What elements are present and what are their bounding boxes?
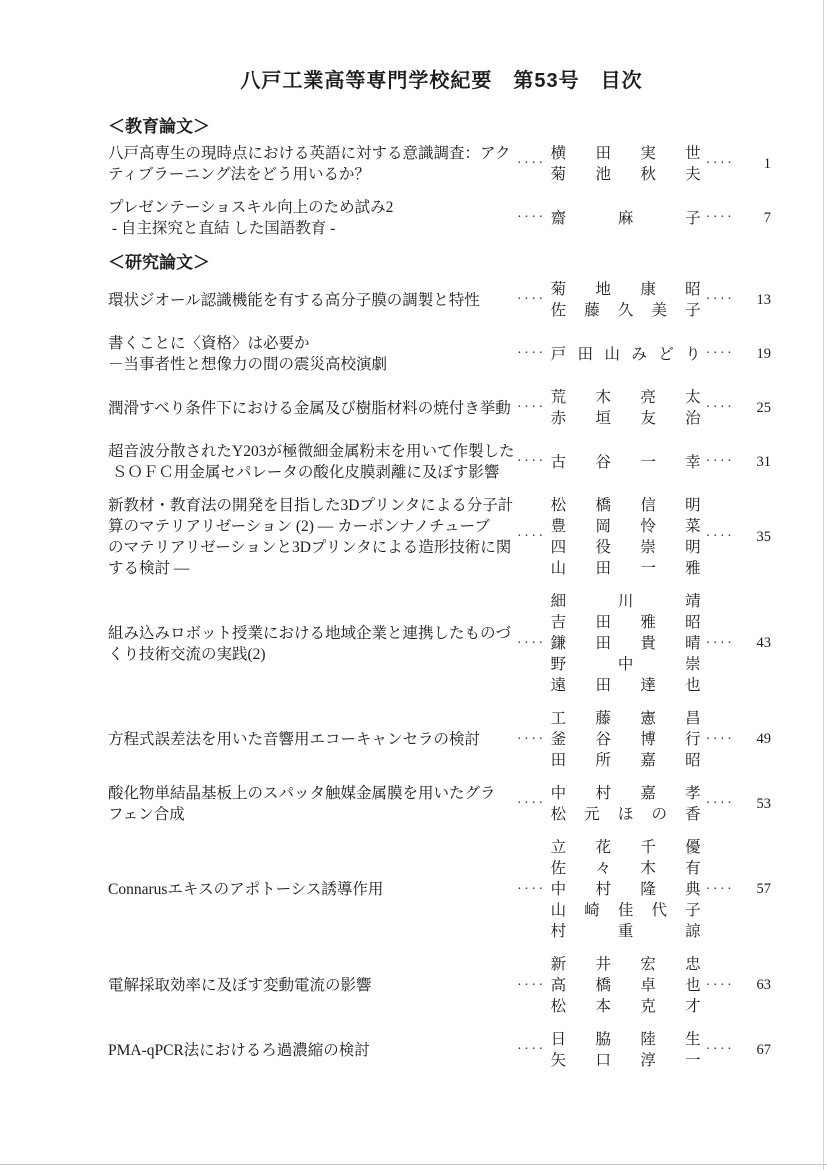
author-name-char: 淳 [640,1050,656,1071]
entry-title-line: 新教材・教育法の開発を目指した3Dプリンタによる分子計 [108,495,517,516]
author-name-char: 細 [551,591,567,612]
author-name-char: 嘉 [640,783,656,804]
author-name: 野中崇 [551,654,701,675]
toc-entry: PMA-qPCR法におけるろ過濃縮の検討 ···· 日脇陸生矢口淳一 ···· … [108,1029,775,1071]
entry-title-line: 八戸高専生の現時点における英語に対する意識調査：アク [108,143,517,164]
entry-title-line: 組み込みロボット授業における地域企業と連携したものづ [108,623,517,644]
author-name-char: 明 [685,537,701,558]
author-name: 松元ほの香 [551,804,701,825]
toc-entry: Connarusエキスのアポトーシス誘導作用 ···· 立花千優佐々木有中村隆典… [108,837,775,942]
author-name-char: 垣 [595,408,611,429]
author-name-char: 橋 [595,975,611,996]
author-name-char: 友 [640,408,656,429]
author-name-char: 中 [551,879,567,900]
author-name-char: 美 [651,300,667,321]
author-name-char: 山 [604,344,620,365]
leader-dots: ···· [706,882,735,898]
author-name-char: 秋 [640,164,656,185]
leader-dots: ···· [706,292,735,308]
author-name-char: 崇 [640,537,656,558]
author-name: 佐藤久美子 [551,300,701,321]
author-name-char: 脇 [595,1029,611,1050]
author-name-char: 谷 [595,452,611,473]
author-name-char: 本 [595,996,611,1017]
author-name-char: 田 [595,558,611,579]
author-name-char: 豊 [551,516,567,537]
author-name-char: 松 [551,804,567,825]
author-block: 古谷一幸 [551,452,701,473]
author-name-char: 晴 [685,633,701,654]
author-name-char: 也 [685,675,701,696]
entry-title: 新教材・教育法の開発を目指した3Dプリンタによる分子計算のマテリアリゼーション … [108,495,517,579]
author-name-char: 井 [595,954,611,975]
entry-reference: ···· 中村嘉孝松元ほの香 ···· 53 [517,783,775,825]
author-name-char: 地 [595,279,611,300]
entry-title: 八戸高専生の現時点における英語に対する意識調査：アクティブラーニング法をどう用い… [108,143,517,185]
toc-entry: プレゼンテーショスキル向上のため試み2 - 自主探究と直結 した国語教育 - ·… [108,197,775,239]
entry-title-line: くり技術交流の実践(2) [108,644,517,665]
page-number: 25 [734,400,775,417]
entry-reference: ···· 新井宏忠高橋卓也松本克才 ···· 63 [517,954,775,1017]
author-name: 釜谷博行 [551,729,701,750]
author-name-char: 役 [595,537,611,558]
author-name-char: 千 [640,837,656,858]
author-block: 工藤憲昌釜谷博行田所嘉昭 [551,708,701,771]
section-entries: 八戸高専生の現時点における英語に対する意識調査：アクティブラーニング法をどう用い… [108,143,777,239]
author-name-char: 昭 [685,612,701,633]
author-name-char: 佐 [551,300,567,321]
author-name-char: 遠 [551,675,567,696]
page-number: 63 [734,977,775,994]
leader-dots: ···· [517,210,546,226]
entry-title-line: ティブラーニング法をどう用いるか？ [108,164,517,185]
author-name-char: 村 [595,783,611,804]
author-name-char: 岡 [595,516,611,537]
author-name-char: み [631,344,647,365]
leader-dots: ···· [706,978,735,994]
author-name-char: 花 [595,837,611,858]
section-heading: ＜研究論文＞ [108,251,777,275]
author-name-char: 才 [685,996,701,1017]
entry-title: Connarusエキスのアポトーシス誘導作用 [108,879,517,900]
author-block: 松橋信明豊岡怜菜四役崇明山田一雅 [551,495,701,579]
author-name-char: 香 [685,804,701,825]
author-name-char: 木 [640,858,656,879]
scan-edge-bottom [0,1164,827,1165]
author-block: 日脇陸生矢口淳一 [551,1029,701,1071]
author-name-char: 田 [595,675,611,696]
section-entries: 環状ジオール認識機能を有する高分子膜の調製と特性 ···· 菊地康昭佐藤久美子 … [108,279,777,1071]
author-name-char: 崎 [584,900,600,921]
author-name: 中村隆典 [551,879,701,900]
author-name-char: 靖 [685,591,701,612]
author-name: 松橋信明 [551,495,701,516]
entry-title-line: 酸化物単結晶基板上のスパッタ触媒金属膜を用いたグラ [108,783,517,804]
toc-section: ＜教育論文＞ 八戸高専生の現時点における英語に対する意識調査：アクティブラーニン… [108,115,777,239]
author-name-char: 重 [618,921,634,942]
author-name-char: 矢 [551,1050,567,1071]
author-name: 齋麻子 [551,208,701,229]
entry-reference: ···· 古谷一幸 ···· 31 [517,452,775,473]
author-name: 山田一雅 [551,558,701,579]
author-name-char: 雅 [640,612,656,633]
author-name-char: 藤 [595,708,611,729]
toc-sections: ＜教育論文＞ 八戸高専生の現時点における英語に対する意識調査：アクティブラーニン… [108,115,777,1071]
entry-reference: ···· 日脇陸生矢口淳一 ···· 67 [517,1029,775,1071]
author-name-char: 田 [595,143,611,164]
author-name: 赤垣友治 [551,408,701,429]
entry-title: 超音波分散されたY203が極微細金属粉末を用いて作製した ＳＯＦＣ用金属セパレー… [108,441,517,483]
author-name-char: 川 [618,591,634,612]
author-block: 立花千優佐々木有中村隆典山崎佳代子村重諒 [551,837,701,942]
author-name-char: 所 [595,750,611,771]
author-name-char: 々 [595,858,611,879]
leader-dots: ···· [517,636,546,652]
author-name-char: 子 [685,208,701,229]
author-block: 横田実世菊池秋夫 [551,143,701,185]
author-name-char: ほ [618,804,634,825]
author-name-char: 夫 [685,164,701,185]
author-name-char: 一 [685,1050,701,1071]
author-name-char: 久 [618,300,634,321]
author-name-char: 卓 [640,975,656,996]
entry-title: PMA-qPCR法におけるろ過濃縮の検討 [108,1040,517,1061]
leader-dots: ···· [706,400,735,416]
leader-dots: ···· [706,346,735,362]
entry-title-line: ＳＯＦＣ用金属セパレータの酸化皮膜剥離に及ぼす影響 [108,462,517,483]
author-name-char: 代 [651,900,667,921]
author-name: 横田実世 [551,143,701,164]
author-name-char: 藤 [584,300,600,321]
toc-entry: 電解採取効率に及ぼす変動電流の影響 ···· 新井宏忠高橋卓也松本克才 ····… [108,954,775,1017]
leader-dots: ···· [706,1042,735,1058]
author-name-char: 憲 [640,708,656,729]
leader-dots: ···· [517,1042,546,1058]
author-block: 中村嘉孝松元ほの香 [551,783,701,825]
author-name-char: 日 [551,1029,567,1050]
author-name: 矢口淳一 [551,1050,701,1071]
author-name-char: 田 [595,612,611,633]
author-name: 新井宏忠 [551,954,701,975]
author-name-char: 孝 [685,783,701,804]
page-number: 13 [734,292,775,309]
author-name-char: 木 [595,387,611,408]
author-name-char: 幸 [685,452,701,473]
author-name-char: 新 [551,954,567,975]
page-number: 67 [734,1042,775,1059]
author-name-char: 怜 [640,516,656,537]
author-name: 古谷一幸 [551,452,701,473]
leader-dots: ···· [517,400,546,416]
leader-dots: ···· [706,156,735,172]
page-number: 53 [734,796,775,813]
author-name: 田所嘉昭 [551,750,701,771]
entry-title: 書くことに〈資格〉は必要か－当事者性と想像力の間の震災高校演劇 [108,333,517,375]
author-name-char: 貴 [640,633,656,654]
author-name: 菊地康昭 [551,279,701,300]
author-name-char: 松 [551,996,567,1017]
leader-dots: ···· [706,210,735,226]
author-name-char: 亮 [640,387,656,408]
author-name: 吉田雅昭 [551,612,701,633]
author-name: 四役崇明 [551,537,701,558]
toc-entry: 書くことに〈資格〉は必要か－当事者性と想像力の間の震災高校演劇 ···· 戸田山… [108,333,775,375]
author-name-char: 明 [685,495,701,516]
author-block: 菊地康昭佐藤久美子 [551,279,701,321]
author-name-char: 田 [595,633,611,654]
author-name-char: 雅 [685,558,701,579]
author-name-char: 忠 [685,954,701,975]
author-name-char: 生 [685,1029,701,1050]
entry-reference: ···· 立花千優佐々木有中村隆典山崎佳代子村重諒 ···· 57 [517,837,775,942]
author-name-char: 村 [595,879,611,900]
entry-title-line: - 自主探究と直結 した国語教育 - [108,218,517,239]
author-name-char: 横 [551,143,567,164]
entry-title-line: 潤滑すべり条件下における金属及び樹脂材料の焼付き挙動 [108,398,517,419]
author-name-char: 陸 [640,1029,656,1050]
author-name-char: 子 [685,300,701,321]
author-name-char: 子 [685,900,701,921]
author-name-char: 宏 [640,954,656,975]
entry-title: 電解採取効率に及ぼす変動電流の影響 [108,975,517,996]
entry-title-line: 方程式誤差法を用いた音響用エコーキャンセラの検討 [108,729,517,750]
author-block: 細川靖吉田雅昭鎌田貴晴野中崇遠田達也 [551,591,701,696]
section-heading: ＜教育論文＞ [108,115,777,139]
author-name: 細川靖 [551,591,701,612]
author-name-char: 四 [551,537,567,558]
author-block: 齋麻子 [551,208,701,229]
author-name-char: 典 [685,879,701,900]
author-name: 豊岡怜菜 [551,516,701,537]
leader-dots: ···· [517,796,546,812]
author-name-char: り [685,344,701,365]
author-name-char: 麻 [618,208,634,229]
page-title: 八戸工業高等専門学校紀要 第53号 目次 [108,64,775,93]
leader-dots: ···· [517,156,546,172]
page-number: 57 [734,881,775,898]
author-name-char: 村 [551,921,567,942]
entry-title: 組み込みロボット授業における地域企業と連携したものづくり技術交流の実践(2) [108,623,517,665]
entry-title-line: プレゼンテーショスキル向上のため試み2 [108,197,517,218]
entry-title: プレゼンテーショスキル向上のため試み2 - 自主探究と直結 した国語教育 - [108,197,517,239]
author-name-char: 元 [584,804,600,825]
toc-entry: 酸化物単結晶基板上のスパッタ触媒金属膜を用いたグラフェン合成 ···· 中村嘉孝… [108,783,775,825]
leader-dots: ···· [517,732,546,748]
page-number: 19 [734,346,775,363]
author-name-char: 高 [551,975,567,996]
author-name: 鎌田貴晴 [551,633,701,654]
leader-dots: ···· [517,292,546,308]
author-name: 佐々木有 [551,858,701,879]
leader-dots: ···· [706,636,735,652]
author-name-char: 釜 [551,729,567,750]
author-name-char: 崇 [685,654,701,675]
author-name: 菊池秋夫 [551,164,701,185]
entry-title-line: のマテリアリゼーションと3Dプリンタによる造形技術に関 [108,537,517,558]
entry-title-line: する検討 ― [108,558,517,579]
author-name-char: 池 [595,164,611,185]
author-name-char: 谷 [595,729,611,750]
author-name-char: 達 [640,675,656,696]
author-name: 日脇陸生 [551,1029,701,1050]
toc-entry: 超音波分散されたY203が極微細金属粉末を用いて作製した ＳＯＦＣ用金属セパレー… [108,441,775,483]
author-name: 遠田達也 [551,675,701,696]
toc-entry: 八戸高専生の現時点における英語に対する意識調査：アクティブラーニング法をどう用い… [108,143,775,185]
author-name: 荒木亮太 [551,387,701,408]
page-number: 35 [734,529,775,546]
entry-title-line: PMA-qPCR法におけるろ過濃縮の検討 [108,1040,517,1061]
page-number: 31 [734,454,775,471]
leader-dots: ···· [517,454,546,470]
author-name-char: 齋 [551,208,567,229]
author-name: 山崎佳代子 [551,900,701,921]
author-name-char: 昭 [685,750,701,771]
author-name-char: 松 [551,495,567,516]
entry-reference: ···· 荒木亮太赤垣友治 ···· 25 [517,387,775,429]
author-name-char: 隆 [640,879,656,900]
leader-dots: ···· [706,732,735,748]
author-block: 新井宏忠高橋卓也松本克才 [551,954,701,1017]
entry-reference: ···· 松橋信明豊岡怜菜四役崇明山田一雅 ···· 35 [517,495,775,579]
author-name-char: 佐 [551,858,567,879]
author-name-char: 橋 [595,495,611,516]
author-name-char: 田 [551,750,567,771]
leader-dots: ···· [706,454,735,470]
leader-dots: ···· [517,882,546,898]
author-name-char: 工 [551,708,567,729]
entry-title-line: Connarusエキスのアポトーシス誘導作用 [108,879,517,900]
entry-title: 潤滑すべり条件下における金属及び樹脂材料の焼付き挙動 [108,398,517,419]
entry-title-line: 算のマテリアリゼーション (2) ― カーボンナノチューブ [108,516,517,537]
entry-reference: ···· 工藤憲昌釜谷博行田所嘉昭 ···· 49 [517,708,775,771]
author-name-char: 信 [640,495,656,516]
author-name: 戸田山みどり [551,344,701,365]
author-name-char: 行 [685,729,701,750]
leader-dots: ···· [706,796,735,812]
author-name-char: 古 [551,452,567,473]
page-number: 1 [734,156,775,173]
author-name-char: 吉 [551,612,567,633]
toc-entry: 組み込みロボット授業における地域企業と連携したものづくり技術交流の実践(2) ·… [108,591,775,696]
entry-title-line: 電解採取効率に及ぼす変動電流の影響 [108,975,517,996]
author-name-char: 昭 [685,279,701,300]
entry-title-line: 環状ジオール認識機能を有する高分子膜の調製と特性 [108,290,517,311]
author-name-char: 鎌 [551,633,567,654]
author-name-char: 野 [551,654,567,675]
author-name-char: 康 [640,279,656,300]
author-name-char: 博 [640,729,656,750]
author-name-char: 也 [685,975,701,996]
toc-entry: 新教材・教育法の開発を目指した3Dプリンタによる分子計算のマテリアリゼーション … [108,495,775,579]
author-name-char: 太 [685,387,701,408]
author-name-char: 優 [685,837,701,858]
entry-reference: ···· 齋麻子 ···· 7 [517,208,775,229]
author-name: 村重諒 [551,921,701,942]
author-name-char: 山 [551,558,567,579]
author-name: 中村嘉孝 [551,783,701,804]
page-number: 7 [734,210,775,227]
author-name-char: 実 [640,143,656,164]
author-name-char: 一 [640,452,656,473]
entry-reference: ···· 菊地康昭佐藤久美子 ···· 13 [517,279,775,321]
author-name-char: 治 [685,408,701,429]
author-name: 工藤憲昌 [551,708,701,729]
entry-title-line: 超音波分散されたY203が極微細金属粉末を用いて作製した [108,441,517,462]
toc-page: 八戸工業高等専門学校紀要 第53号 目次 ＜教育論文＞ 八戸高専生の現時点におけ… [0,0,827,1071]
author-name-char: 菜 [685,516,701,537]
leader-dots: ···· [517,978,546,994]
author-name-char: 嘉 [640,750,656,771]
scan-edge-right [823,0,824,1170]
author-name-char: 克 [640,996,656,1017]
entry-title: 環状ジオール認識機能を有する高分子膜の調製と特性 [108,290,517,311]
author-name-char: 荒 [551,387,567,408]
entry-reference: ···· 細川靖吉田雅昭鎌田貴晴野中崇遠田達也 ···· 43 [517,591,775,696]
entry-title-line: －当事者性と想像力の間の震災高校演劇 [108,354,517,375]
author-name-char: 山 [551,900,567,921]
author-name-char: 中 [618,654,634,675]
author-name-char: 昌 [685,708,701,729]
page-number: 43 [734,635,775,652]
page-number: 49 [734,731,775,748]
author-name-char: 立 [551,837,567,858]
author-name-char: 菊 [551,279,567,300]
author-block: 荒木亮太赤垣友治 [551,387,701,429]
author-name-char: 口 [595,1050,611,1071]
author-name-char: 佳 [618,900,634,921]
toc-entry: 潤滑すべり条件下における金属及び樹脂材料の焼付き挙動 ···· 荒木亮太赤垣友治… [108,387,775,429]
author-name-char: 田 [578,344,594,365]
entry-reference: ···· 戸田山みどり ···· 19 [517,344,775,365]
author-name-char: 世 [685,143,701,164]
author-name: 松本克才 [551,996,701,1017]
author-name-char: 赤 [551,408,567,429]
author-name-char: 有 [685,858,701,879]
author-name-char: 中 [551,783,567,804]
author-name-char: 諒 [685,921,701,942]
entry-reference: ···· 横田実世菊池秋夫 ···· 1 [517,143,775,185]
author-name: 高橋卓也 [551,975,701,996]
leader-dots: ···· [706,529,735,545]
leader-dots: ···· [517,346,546,362]
entry-title: 酸化物単結晶基板上のスパッタ触媒金属膜を用いたグラフェン合成 [108,783,517,825]
entry-title-line: 書くことに〈資格〉は必要か [108,333,517,354]
author-name-char: 戸 [551,344,567,365]
author-name: 立花千優 [551,837,701,858]
toc-section: ＜研究論文＞ 環状ジオール認識機能を有する高分子膜の調製と特性 ···· 菊地康… [108,251,777,1071]
author-name-char: ど [658,344,674,365]
author-name-char: の [651,804,667,825]
author-name-char: 菊 [551,164,567,185]
entry-title-line: フェン合成 [108,804,517,825]
toc-entry: 環状ジオール認識機能を有する高分子膜の調製と特性 ···· 菊地康昭佐藤久美子 … [108,279,775,321]
leader-dots: ···· [517,529,546,545]
toc-entry: 方程式誤差法を用いた音響用エコーキャンセラの検討 ···· 工藤憲昌釜谷博行田所… [108,708,775,771]
author-name-char: 一 [640,558,656,579]
entry-title: 方程式誤差法を用いた音響用エコーキャンセラの検討 [108,729,517,750]
author-block: 戸田山みどり [551,344,701,365]
